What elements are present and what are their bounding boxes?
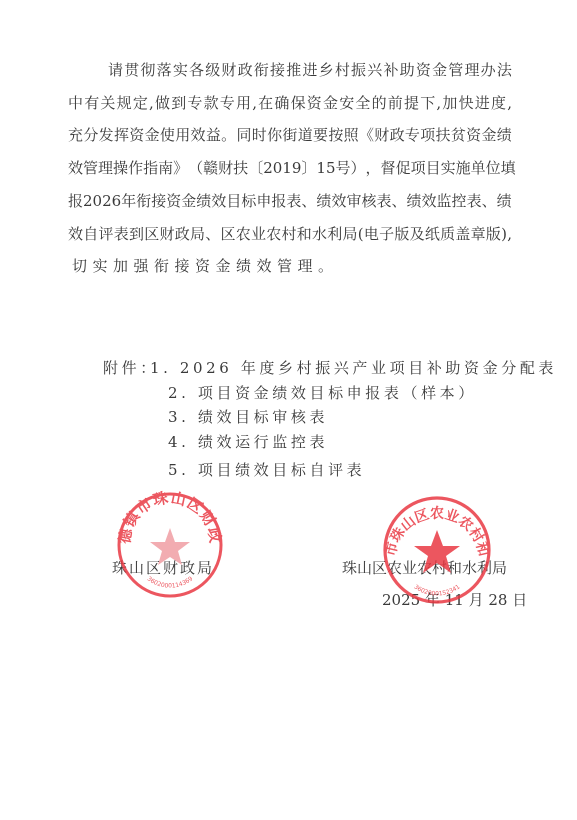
body-line-2: 中有关规定,做到专款专用,在确保资金安全的前提下,加快进度, bbox=[68, 93, 512, 113]
stamp-right: 景德镇市珠山区农业农村和水利局 3602000152341 bbox=[381, 494, 493, 606]
body-line-6: 效自评表到区财政局、区农业农村和水利局(电子版及纸质盖章版), bbox=[68, 224, 512, 244]
attachment-item-4: 4. 绩效运行监控表 bbox=[168, 432, 328, 452]
attachment-item-2: 2. 项目资金绩效目标申报表（样本） bbox=[168, 383, 477, 403]
svg-text:3602000152341: 3602000152341 bbox=[413, 583, 462, 597]
svg-text:3602000114369: 3602000114369 bbox=[146, 575, 195, 589]
attachment-item-3: 3. 绩效目标审核表 bbox=[168, 407, 328, 427]
stamp-left: 景德镇市珠山区财政局 3602000114369 bbox=[115, 490, 225, 600]
body-line-5: 报2026年衔接资金绩效目标申报表、绩效审核表、绩效监控表、绩 bbox=[68, 191, 512, 211]
star-icon bbox=[150, 528, 190, 565]
star-icon bbox=[414, 530, 460, 573]
body-line-4: 效管理操作指南》（赣财扶〔2019〕15号），督促项目实施单位填 bbox=[68, 158, 512, 178]
body-line-1: 请贯彻落实各级财政衔接推进乡村振兴补助资金管理办法 bbox=[108, 60, 512, 80]
attachment-item-1: 1. 2026 年度乡村振兴产业项目补助资金分配表 bbox=[150, 358, 557, 378]
body-line-3: 充分发挥资金使用效益。同时你街道要按照《财政专项扶贫资金绩 bbox=[68, 125, 512, 145]
body-line-7: 切实加强衔接资金绩效管理。 bbox=[72, 256, 339, 276]
attachment-item-5: 5. 项目绩效目标自评表 bbox=[168, 460, 365, 480]
